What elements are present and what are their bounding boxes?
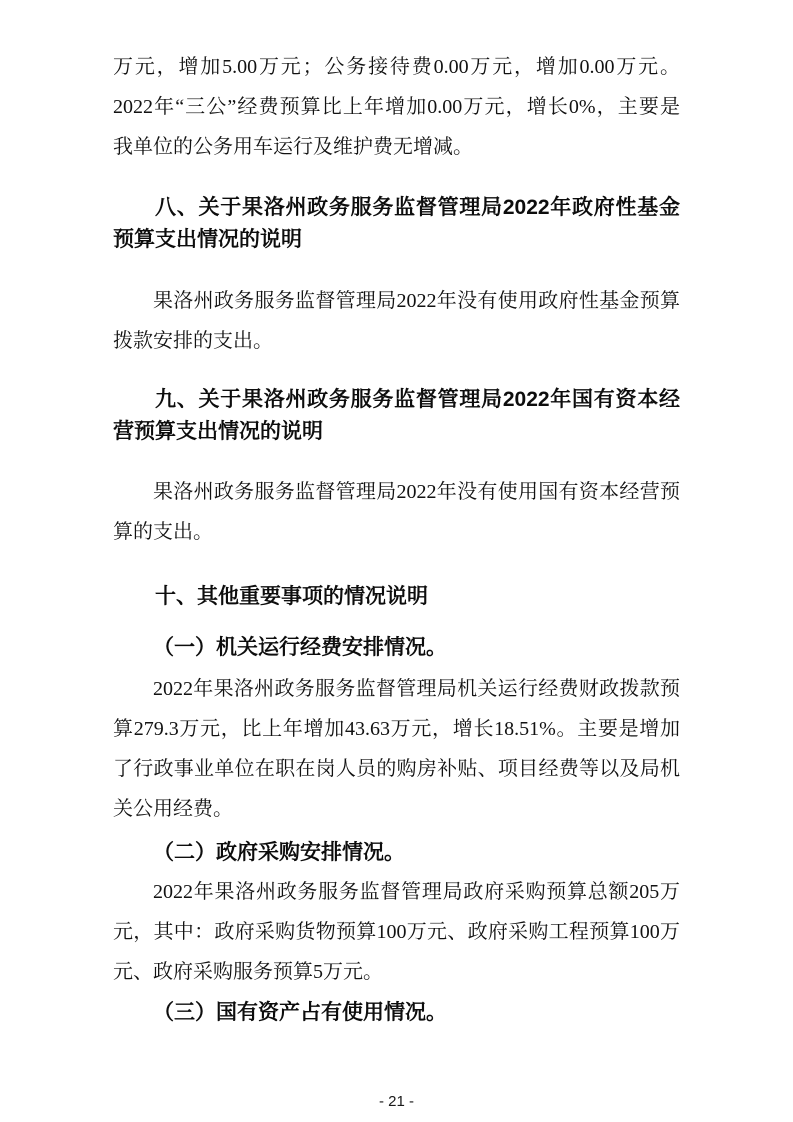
section-8-heading-line-2: 预算支出情况的说明	[113, 224, 680, 256]
section-9-heading-line-2: 营预算支出情况的说明	[113, 416, 680, 448]
body-text-line: 果洛州政务服务监督管理局2022年没有使用政府性基金预算	[113, 281, 680, 321]
page-number: - 21 -	[0, 1093, 793, 1110]
body-text-line: 拨款安排的支出。	[113, 321, 680, 361]
subsection-2-heading: （二）政府采购安排情况。	[113, 832, 680, 872]
body-text-line: 关公用经费。	[113, 789, 680, 829]
body-text-line: 2022年“三公”经费预算比上年增加0.00万元，增长0%，主要是	[113, 87, 680, 127]
body-text-line: 算的支出。	[113, 512, 680, 552]
subsection-3-heading: （三）国有资产占有使用情况。	[113, 992, 680, 1032]
body-text-line: 元，其中：政府采购货物预算100万元、政府采购工程预算100万	[113, 912, 680, 952]
body-text-line: 算279.3万元，比上年增加43.63万元，增长18.51%。主要是增加	[113, 709, 680, 749]
body-text-line: 了行政事业单位在职在岗人员的购房补贴、项目经费等以及局机	[113, 749, 680, 789]
section-8-heading-line-1: 八、关于果洛州政务服务监督管理局2022年政府性基金	[113, 192, 680, 224]
section-9-heading-line-1: 九、关于果洛州政务服务监督管理局2022年国有资本经	[113, 384, 680, 416]
document-page: 万元，增加5.00万元；公务接待费0.00万元，增加0.00万元。 2022年“…	[0, 0, 793, 1122]
body-text-line: 万元，增加5.00万元；公务接待费0.00万元，增加0.00万元。	[113, 47, 680, 87]
body-text-line: 2022年果洛州政务服务监督管理局政府采购预算总额205万	[113, 872, 680, 912]
section-10-heading: 十、其他重要事项的情况说明	[113, 581, 680, 613]
body-text-line: 2022年果洛州政务服务监督管理局机关运行经费财政拨款预	[113, 669, 680, 709]
body-text-line: 果洛州政务服务监督管理局2022年没有使用国有资本经营预	[113, 472, 680, 512]
body-text-line: 我单位的公务用车运行及维护费无增减。	[113, 127, 680, 167]
body-text-line: 元、政府采购服务预算5万元。	[113, 952, 680, 992]
subsection-1-heading: （一）机关运行经费安排情况。	[113, 627, 680, 667]
